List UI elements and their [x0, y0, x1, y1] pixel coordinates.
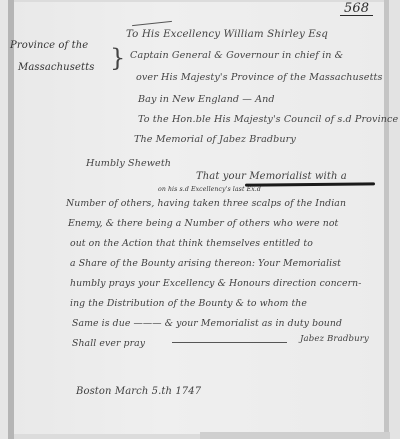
- margin-heading-line1: Province of the: [10, 40, 88, 51]
- body-line-8: Same is due ——— & your Memorialist as in…: [72, 318, 342, 329]
- interlineation: on his s.d Excellency's last Ex.d: [158, 186, 261, 193]
- manuscript-scan: 568 Province of the Massachusetts } To H…: [0, 0, 400, 439]
- margin-brace-icon: }: [110, 38, 125, 78]
- address-line-1: To His Excellency William Shirley Esq: [126, 28, 328, 40]
- scan-left-margin: [0, 0, 8, 439]
- body-line-3: Enemy, & there being a Number of others …: [68, 218, 338, 229]
- scan-right-margin: [389, 0, 400, 439]
- body-line-2: Number of others, having taken three sca…: [66, 198, 346, 209]
- body-line-9: Shall ever pray: [72, 338, 145, 349]
- signature: Jabez Bradbury: [300, 334, 369, 344]
- salutation: Humbly Sheweth: [86, 158, 171, 169]
- closing-flourish-line: [172, 342, 287, 343]
- body-line-7: ing the Distribution of the Bounty & to …: [70, 298, 307, 309]
- memorial-of-line: The Memorial of Jabez Bradbury: [134, 134, 296, 145]
- address-line-3: over His Majesty's Province of the Massa…: [136, 72, 383, 83]
- body-line-4: out on the Action that think themselves …: [70, 238, 313, 249]
- page-bottom-edge: [200, 432, 390, 439]
- body-line-5: a Share of the Bounty arising thereon: Y…: [70, 258, 341, 269]
- dateline: Boston March 5.th 1747: [76, 386, 201, 397]
- address-line-4: Bay in New England — And: [138, 94, 275, 105]
- address-line-2: Captain General & Governour in chief in …: [130, 50, 343, 61]
- folio-number: 568: [340, 2, 373, 16]
- margin-heading-line2: Massachusetts: [18, 62, 94, 73]
- body-line-6: humbly prays your Excellency & Honours d…: [70, 278, 361, 289]
- body-line-1: That your Memorialist with a: [196, 171, 347, 182]
- address-line-5: To the Hon.ble His Majesty's Council of …: [138, 114, 398, 125]
